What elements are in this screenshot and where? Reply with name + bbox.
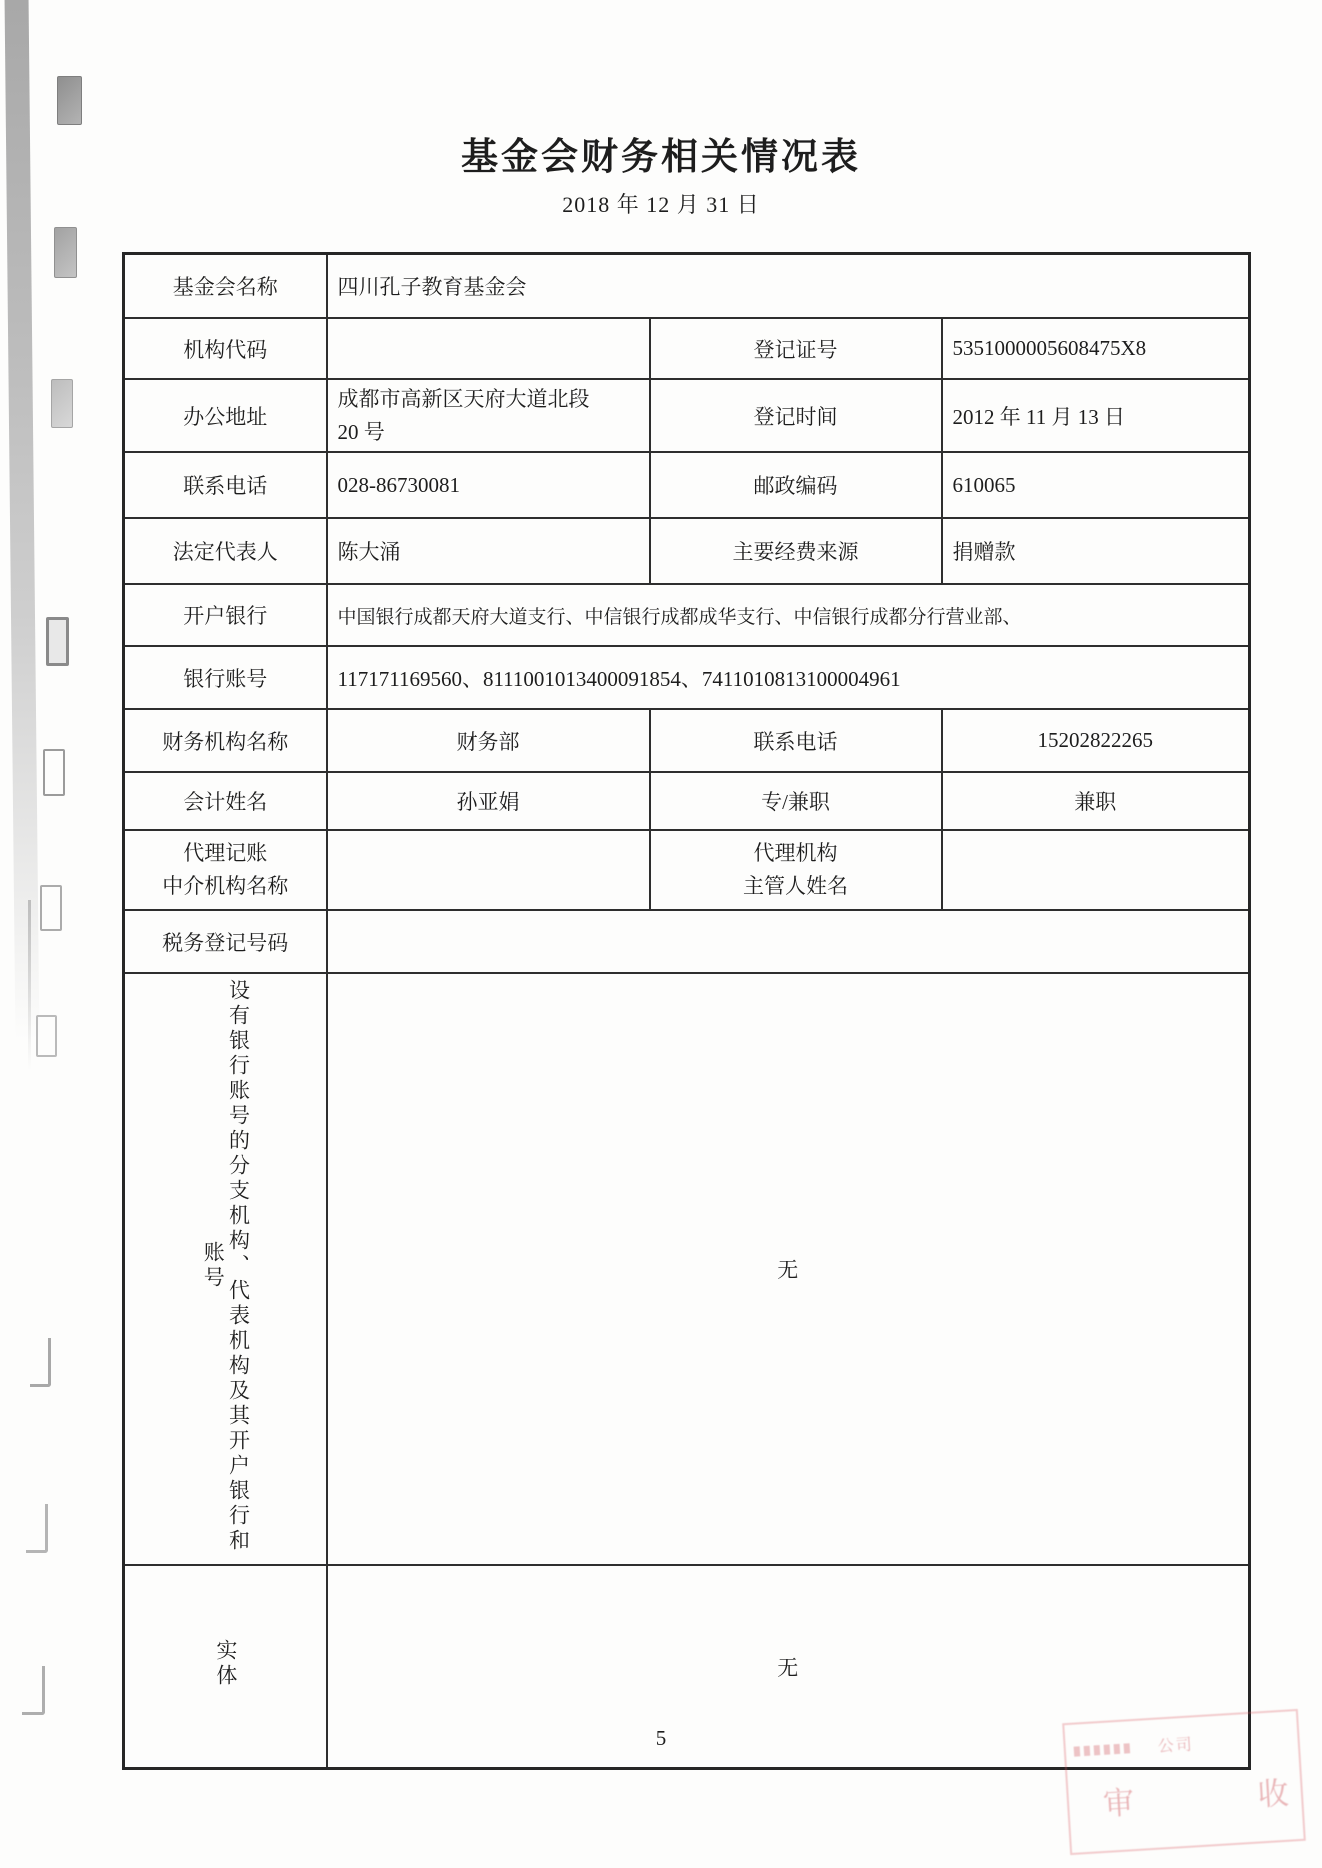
phone-label: 联系电话 xyxy=(124,452,327,518)
bank-account-value: 117171169560、8111001013400091854、7411010… xyxy=(327,646,1250,709)
office-address-line1: 成都市高新区天府大道北段 xyxy=(338,383,639,416)
reg-cert-no-label: 登记证号 xyxy=(650,318,942,379)
employment-type-value: 兼职 xyxy=(942,772,1250,830)
table-row: 办公地址 成都市高新区天府大道北段 20 号 登记时间 2012 年 11 月 … xyxy=(124,379,1250,452)
agency-label-line1: 代理记账 xyxy=(135,837,316,870)
binding-mark xyxy=(40,885,62,931)
foundation-name-value: 四川孔子教育基金会 xyxy=(327,254,1250,319)
office-address-value: 成都市高新区天府大道北段 20 号 xyxy=(327,379,650,452)
bank-value: 中国银行成都天府大道支行、中信银行成都成华支行、中信银行成都分行营业部、 xyxy=(327,584,1250,646)
tax-reg-no-value xyxy=(327,910,1250,973)
table-row: 法定代表人 陈大涌 主要经费来源 捐赠款 xyxy=(124,518,1250,584)
binding-mark xyxy=(30,1338,51,1387)
bank-label: 开户银行 xyxy=(124,584,327,646)
stamp-illegible-text xyxy=(1074,1743,1133,1757)
office-address-line2: 20 号 xyxy=(338,416,639,449)
finance-phone-value: 15202822265 xyxy=(942,709,1250,772)
reg-date-label: 登记时间 xyxy=(650,379,942,452)
postal-code-label: 邮政编码 xyxy=(650,452,942,518)
stamp-bottom-text: 审 收 xyxy=(1068,1767,1302,1826)
branches-value: 无 xyxy=(327,973,1250,1565)
table-row: 基金会名称 四川孔子教育基金会 xyxy=(124,254,1250,319)
table-row: 设有银行账号的分支机构、代表机构及其开户银行和账号 无 xyxy=(124,973,1250,1565)
office-address-label: 办公地址 xyxy=(124,379,327,452)
red-audit-stamp: 公司 审 收 xyxy=(1062,1709,1306,1855)
binding-mark xyxy=(54,227,77,278)
reg-cert-no-value: 5351000005608475X8 xyxy=(942,318,1250,379)
finance-dept-label: 财务机构名称 xyxy=(124,709,327,772)
entities-label-vertical-text: 实体 xyxy=(213,1639,238,1689)
binding-mark xyxy=(26,1504,48,1553)
document-page: 基金会财务相关情况表 2018 年 12 月 31 日 基金会名称 四川孔子教育… xyxy=(0,0,1322,1868)
agency-manager-label: 代理机构 主管人姓名 xyxy=(650,830,942,910)
table-row: 会计姓名 孙亚娟 专/兼职 兼职 xyxy=(124,772,1250,830)
tax-reg-no-label: 税务登记号码 xyxy=(124,910,327,973)
table-row: 银行账号 117171169560、8111001013400091854、74… xyxy=(124,646,1250,709)
binding-mark xyxy=(57,76,82,125)
stamp-text-fragment: 公司 xyxy=(1073,1725,1306,1762)
org-code-value xyxy=(327,318,650,379)
postal-code-value: 610065 xyxy=(942,452,1250,518)
legal-rep-label: 法定代表人 xyxy=(124,518,327,584)
table-row: 代理记账 中介机构名称 代理机构 主管人姓名 xyxy=(124,830,1250,910)
agency-label-line2: 中介机构名称 xyxy=(135,870,316,903)
agency-manager-label-line2: 主管人姓名 xyxy=(661,870,931,903)
agency-manager-label-line1: 代理机构 xyxy=(661,837,931,870)
accountant-value: 孙亚娟 xyxy=(327,772,650,830)
finance-info-table: 基金会名称 四川孔子教育基金会 机构代码 登记证号 53510000056084… xyxy=(122,252,1251,1770)
binding-mark xyxy=(22,1666,45,1715)
scan-edge-shadow-tail xyxy=(28,900,31,1070)
bank-account-label: 银行账号 xyxy=(124,646,327,709)
table-row: 开户银行 中国银行成都天府大道支行、中信银行成都成华支行、中信银行成都分行营业部… xyxy=(124,584,1250,646)
page-title: 基金会财务相关情况表 xyxy=(0,126,1322,180)
table-row: 税务登记号码 xyxy=(124,910,1250,973)
agency-label: 代理记账 中介机构名称 xyxy=(124,830,327,910)
finance-dept-value: 财务部 xyxy=(327,709,650,772)
phone-value: 028-86730081 xyxy=(327,452,650,518)
funding-source-value: 捐赠款 xyxy=(942,518,1250,584)
foundation-name-label: 基金会名称 xyxy=(124,254,327,319)
binding-mark xyxy=(46,617,69,666)
reg-date-value: 2012 年 11 月 13 日 xyxy=(942,379,1250,452)
stamp-company-text: 公司 xyxy=(1157,1736,1194,1755)
org-code-label: 机构代码 xyxy=(124,318,327,379)
binding-mark xyxy=(36,1015,57,1057)
table-row: 财务机构名称 财务部 联系电话 15202822265 xyxy=(124,709,1250,772)
funding-source-label: 主要经费来源 xyxy=(650,518,942,584)
table-row: 机构代码 登记证号 5351000005608475X8 xyxy=(124,318,1250,379)
report-date: 2018 年 12 月 31 日 xyxy=(0,188,1322,219)
table-row: 联系电话 028-86730081 邮政编码 610065 xyxy=(124,452,1250,518)
binding-mark xyxy=(43,749,65,796)
agency-value xyxy=(327,830,650,910)
branches-label-vertical-text: 设有银行账号的分支机构、代表机构及其开户银行和账号 xyxy=(200,976,250,1556)
branches-label: 设有银行账号的分支机构、代表机构及其开户银行和账号 xyxy=(124,973,327,1565)
binding-mark xyxy=(51,379,73,428)
accountant-label: 会计姓名 xyxy=(124,772,327,830)
finance-phone-label: 联系电话 xyxy=(650,709,942,772)
legal-rep-value: 陈大涌 xyxy=(327,518,650,584)
agency-manager-value xyxy=(942,830,1250,910)
employment-type-label: 专/兼职 xyxy=(650,772,942,830)
